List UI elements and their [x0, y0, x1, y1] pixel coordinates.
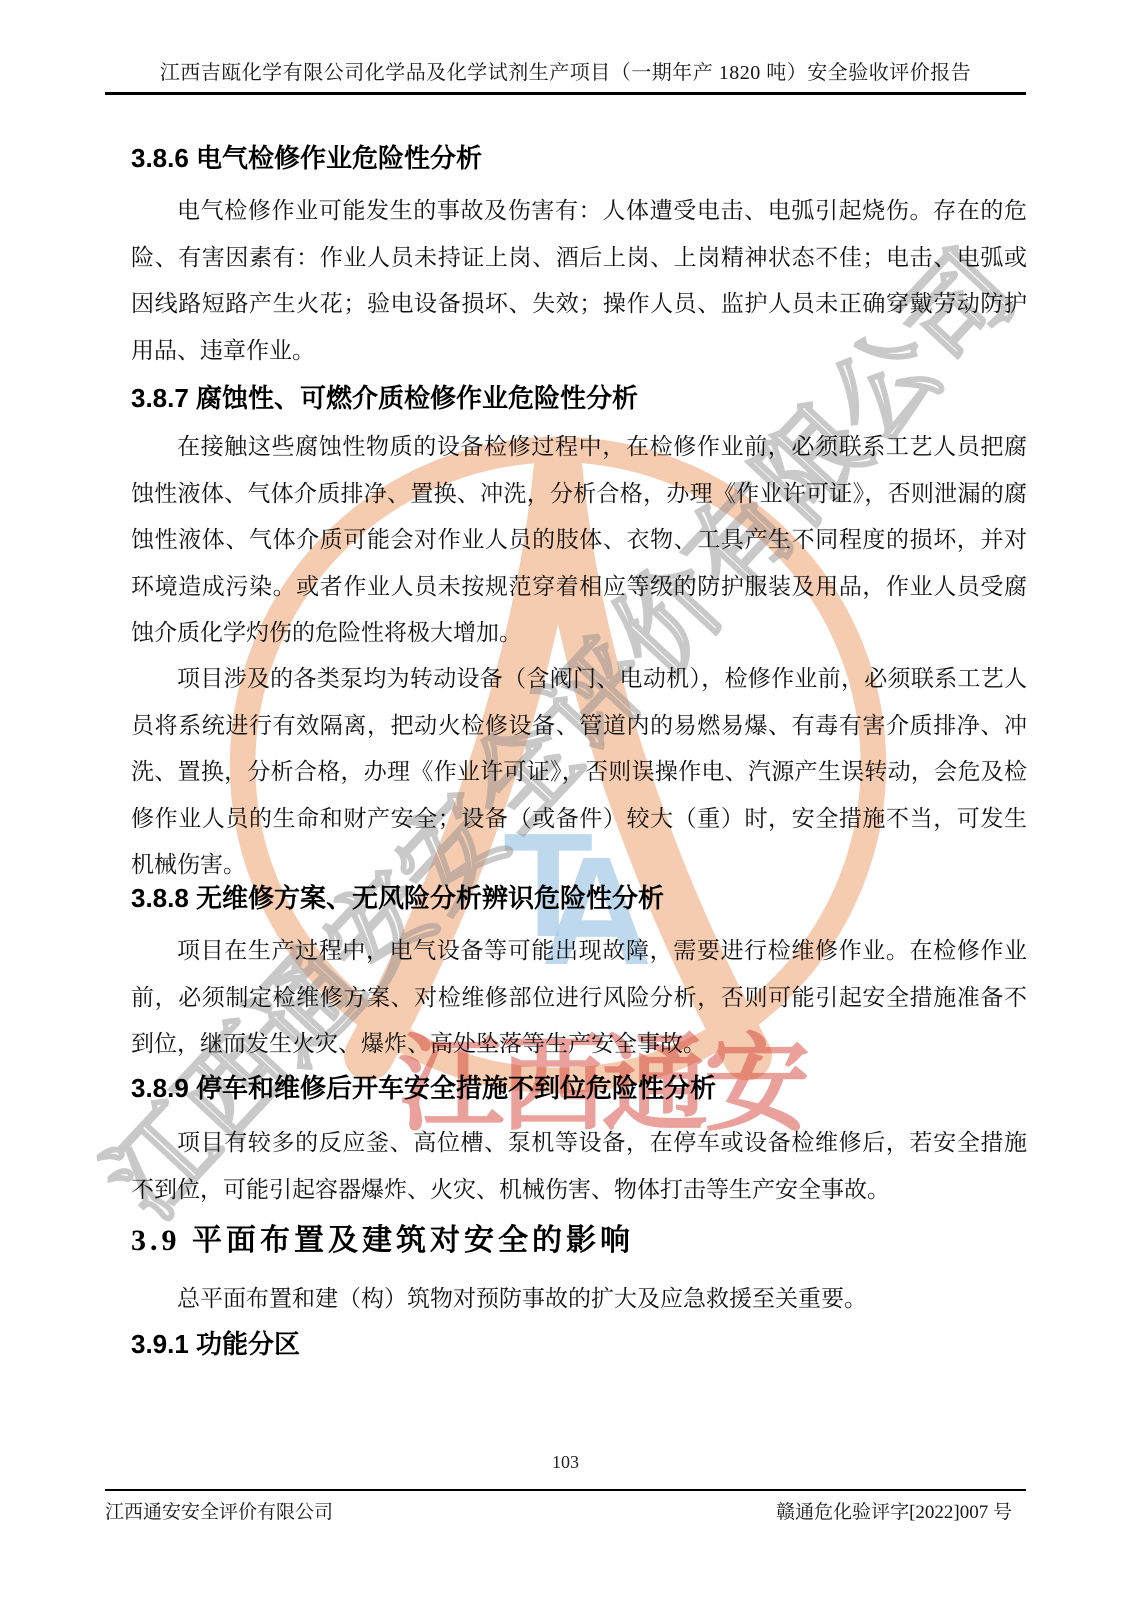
page-footer: 江西通安安全评价有限公司 赣通危化验评字[2022]007 号	[105, 1497, 1026, 1524]
page-header-title: 江西吉瓯化学有限公司化学品及化学试剂生产项目（一期年产 1820 吨）安全验收评…	[105, 56, 1026, 85]
section-heading-3-9: 3.9 平面布置及建筑对安全的影响	[131, 1222, 1027, 1260]
footer-rule	[105, 1489, 1026, 1491]
section-heading-3-8-6: 3.8.6 电气检修作业危险性分析	[131, 142, 1027, 175]
footer-company-name: 江西通安安全评价有限公司	[105, 1497, 333, 1524]
document-content: 江西吉瓯化学有限公司化学品及化学试剂生产项目（一期年产 1820 吨）安全验收评…	[0, 0, 1131, 1600]
section-heading-3-9-1: 3.9.1 功能分区	[131, 1328, 1027, 1361]
page-number: 103	[0, 1452, 1131, 1473]
section-heading-3-8-7: 3.8.7 腐蚀性、可燃介质检修作业危险性分析	[131, 382, 1027, 415]
footer-document-number: 赣通危化验评字[2022]007 号	[776, 1497, 1026, 1524]
document-page: T A 江西通安安全评价有限公司 江西通安 江西吉瓯化学有限公司化学品及化学试剂…	[0, 0, 1131, 1600]
section-3-8-6-paragraph: 电气检修作业可能发生的事故及伤害有：人体遭受电击、电弧引起烧伤。存在的危险、有害…	[131, 188, 1027, 374]
section-3-8-7-paragraph-1: 在接触这些腐蚀性物质的设备检修过程中，在检修作业前，必须联系工艺人员把腐蚀性液体…	[131, 424, 1027, 657]
section-3-8-8-paragraph: 项目在生产过程中，电气设备等可能出现故障，需要进行检维修作业。在检修作业前，必须…	[131, 928, 1027, 1068]
section-heading-3-8-9: 3.8.9 停车和维修后开车安全措施不到位危险性分析	[131, 1072, 1027, 1105]
section-3-9-paragraph: 总平面布置和建（构）筑物对预防事故的扩大及应急救援至关重要。	[131, 1276, 1027, 1323]
section-heading-3-8-8: 3.8.8 无维修方案、无风险分析辨识危险性分析	[131, 882, 1027, 915]
section-3-8-7-paragraph-2: 项目涉及的各类泵均为转动设备（含阀门、电动机），检修作业前，必须联系工艺人员将系…	[131, 656, 1027, 889]
section-3-8-9-paragraph: 项目有较多的反应釜、高位槽、泵机等设备，在停车或设备检维修后，若安全措施不到位，…	[131, 1120, 1027, 1213]
header-rule	[105, 92, 1026, 95]
